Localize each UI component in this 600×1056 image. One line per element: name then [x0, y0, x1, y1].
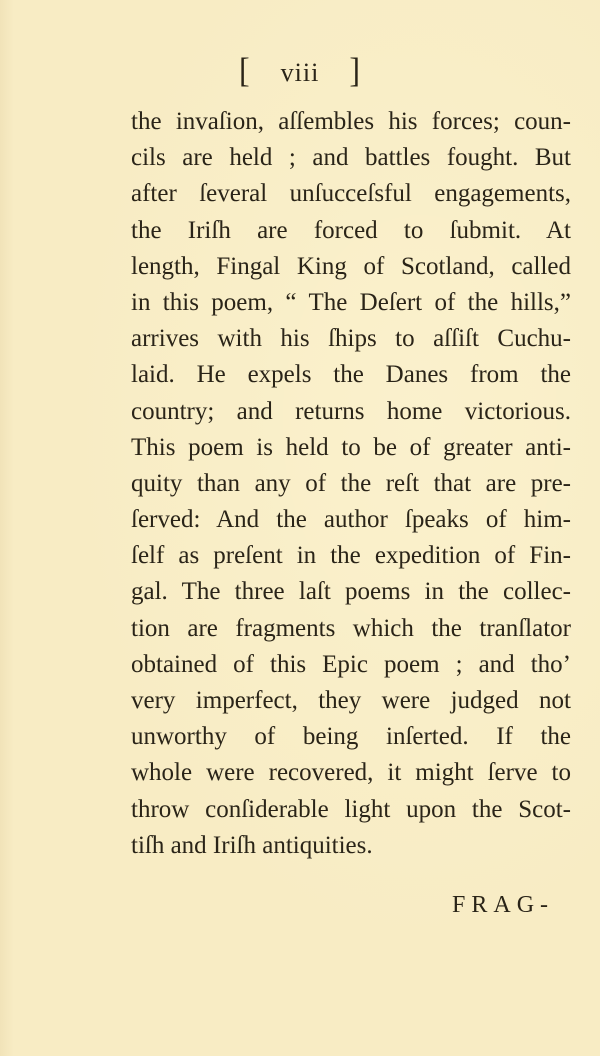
text-line: the invaſion, aſſembles his forces; coun… — [131, 104, 571, 140]
text-line: throw conſiderable light upon the Scot- — [131, 792, 571, 828]
book-page: [viii] the invaſion, aſſembles his force… — [0, 0, 600, 1056]
left-bracket: [ — [239, 50, 251, 91]
catchword: FRAG- — [452, 892, 554, 919]
text-line: ſerved: And the author ſpeaks of him- — [131, 502, 571, 538]
text-line: whole were recovered, it might ſerve to — [131, 755, 571, 791]
body-paragraph: the invaſion, aſſembles his forces; coun… — [131, 104, 571, 864]
text-line: gal. The three laſt poems in the collec- — [131, 574, 571, 610]
text-line: length, Fingal King of Scotland, called — [131, 249, 571, 285]
text-line: unworthy of being inſerted. If the — [131, 719, 571, 755]
text-line: obtained of this Epic poem ; and tho’ — [131, 647, 571, 683]
text-line: ſelf as preſent in the expedition of Fin… — [131, 538, 571, 574]
text-line-last: tiſh and Iriſh antiquities. — [131, 828, 571, 864]
page-number: viii — [281, 58, 320, 88]
text-line: the Iriſh are forced to ſubmit. At — [131, 213, 571, 249]
text-line: laid. He expels the Danes from the — [131, 357, 571, 393]
text-line: cils are held ; and battles fought. But — [131, 140, 571, 176]
text-line: arrives with his ſhips to aſſiſt Cuchu- — [131, 321, 571, 357]
right-bracket: ] — [349, 50, 361, 91]
text-line: tion are fragments which the tranſlator — [131, 611, 571, 647]
page-number-header: [viii] — [0, 52, 600, 89]
text-line: after ſeveral unſucceſsful engagements, — [131, 176, 571, 212]
text-line: very imperfect, they were judged not — [131, 683, 571, 719]
text-line: country; and returns home victorious. — [131, 394, 571, 430]
text-line: in this poem, “ The Deſert of the hills,… — [131, 285, 571, 321]
text-line: quity than any of the reſt that are pre- — [131, 466, 571, 502]
text-line: This poem is held to be of greater anti- — [131, 430, 571, 466]
